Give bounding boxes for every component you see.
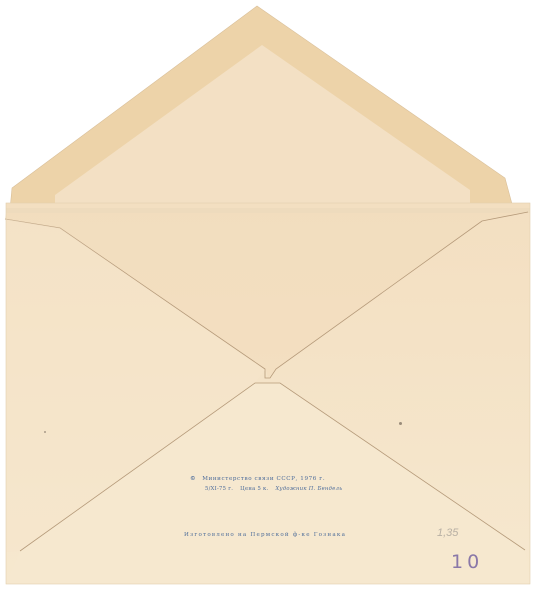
envelope-back (0, 0, 540, 589)
manufacturer-text: Изготовлено на Пермской ф-ке Гознака (184, 532, 346, 538)
copyright-icon: © (190, 476, 196, 482)
imprint-line-1: ©Министерство связи СССР, 1976 г. (190, 476, 325, 482)
imprint-line-2: 5/XI-75 г.Цена 5 к.Художник П. Бендель (205, 486, 342, 492)
speck (399, 422, 402, 425)
fold-crease (6, 208, 530, 213)
speck (44, 431, 46, 433)
artist-text: Художник П. Бендель (276, 486, 343, 492)
pencil-price-annotation: 1,35 (437, 527, 458, 539)
price-text: Цена 5 к. (240, 486, 268, 492)
ink-number-annotation: 10 (451, 551, 483, 573)
publisher-text: Министерство связи СССР, 1976 г. (202, 476, 325, 482)
print-date: 5/XI-75 г. (205, 486, 233, 492)
